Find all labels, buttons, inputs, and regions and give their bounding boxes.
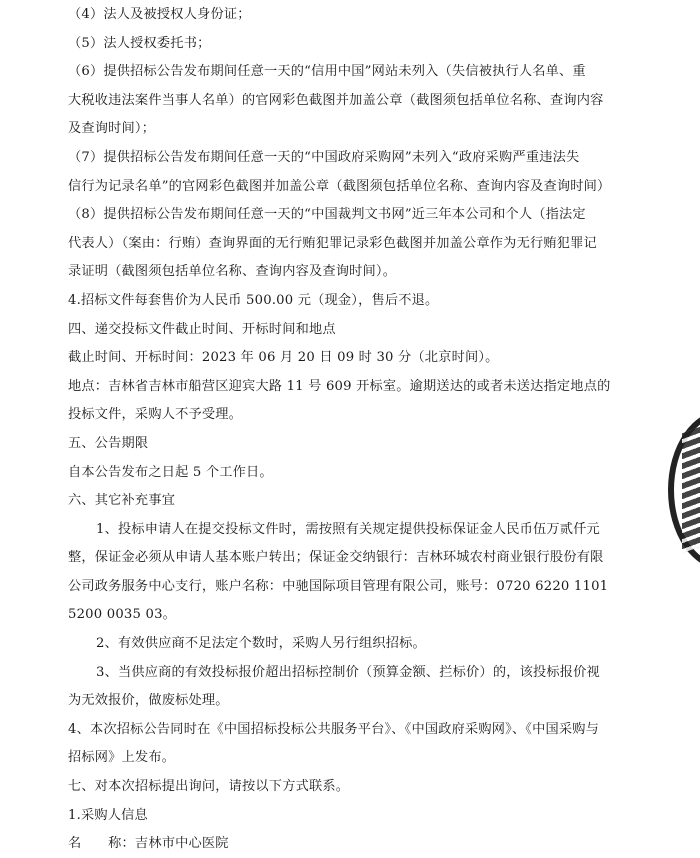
official-seal-stamp-text — [682, 427, 700, 554]
text-line: 及查询时间）； — [68, 115, 580, 144]
text-line: 名 称：吉林市中心医院 — [68, 830, 580, 858]
section-heading: 四、递交投标文件截止时间、开标时间和地点 — [68, 316, 580, 345]
text-line: 自本公告发布之日起 5 个工作日。 — [68, 459, 580, 488]
text-line: 3、当供应商的有效投标报价超出招标控制价（预算金额、拦标价）的，该投标报价视 — [68, 659, 580, 688]
text-line: （8）提供招标公告发布期间任意一天的“中国裁判文书网”近三年本公司和个人（指法定 — [68, 201, 580, 230]
text-line: 截止时间、开标时间：2023 年 06 月 20 日 09 时 30 分（北京时… — [68, 344, 580, 373]
text-line: （7）提供招标公告发布期间任意一天的“中国政府采购网”未列入“政府采购严重违法失 — [68, 144, 580, 173]
section-heading: 七、对本次招标提出询问，请按以下方式联系。 — [68, 773, 580, 802]
text-line: （4）法人及被授权人身份证； — [68, 1, 580, 30]
text-line: 招标网》上发布。 — [68, 744, 580, 773]
text-line: 大税收违法案件当事人名单）的官网彩色截图并加盖公章（截图须包括单位名称、查询内容 — [68, 87, 580, 116]
text-line: 4.招标文件每套售价为人民币 500.00 元（现金），售后不退。 — [68, 287, 580, 316]
text-line: （6）提供招标公告发布期间任意一天的“信用中国”网站未列入（失信被执行人名单、重 — [68, 58, 580, 87]
text-line: 5200 0035 03。 — [68, 601, 580, 630]
section-heading: 五、公告期限 — [68, 430, 580, 459]
text-line: 投标文件，采购人不予受理。 — [68, 401, 580, 430]
text-line: 为无效报价，做废标处理。 — [68, 687, 580, 716]
text-line: 录证明（截图须包括单位名称、查询内容及查询时间）。 — [68, 258, 580, 287]
text-line: 2、有效供应商不足法定个数时，采购人另行组织招标。 — [68, 630, 580, 659]
text-line: 1.采购人信息 — [68, 802, 580, 831]
text-line: （5）法人授权委托书； — [68, 30, 580, 59]
text-line: 公司政务服务中心支行，账户名称：中驰国际项目管理有限公司，账号：0720 622… — [68, 573, 580, 602]
section-heading: 六、其它补充事宜 — [68, 487, 580, 516]
text-line: 4、本次招标公告同时在《中国招标投标公共服务平台》、《中国政府采购网》、《中国采… — [68, 716, 580, 745]
text-line: 地点：吉林省吉林市船营区迎宾大路 11 号 609 开标室。逾期送达的或者未送达… — [68, 373, 580, 402]
text-line: 1、投标申请人在提交投标文件时，需按照有关规定提供投标保证金人民币伍万贰仟元 — [68, 516, 580, 545]
text-line: 代表人）（案由：行贿）查询界面的无行贿犯罪记录彩色截图并加盖公章作为无行贿犯罪记 — [68, 230, 580, 259]
document-page: （4）法人及被授权人身份证； （5）法人授权委托书； （6）提供招标公告发布期间… — [68, 1, 580, 858]
text-line: 整，保证金必须从申请人基本账户转出；保证金交纳银行：吉林环城农村商业银行股份有限 — [68, 544, 580, 573]
text-line: 信行为记录名单”的官网彩色截图并加盖公章（截图须包括单位名称、查询内容及查询时间… — [68, 173, 580, 202]
